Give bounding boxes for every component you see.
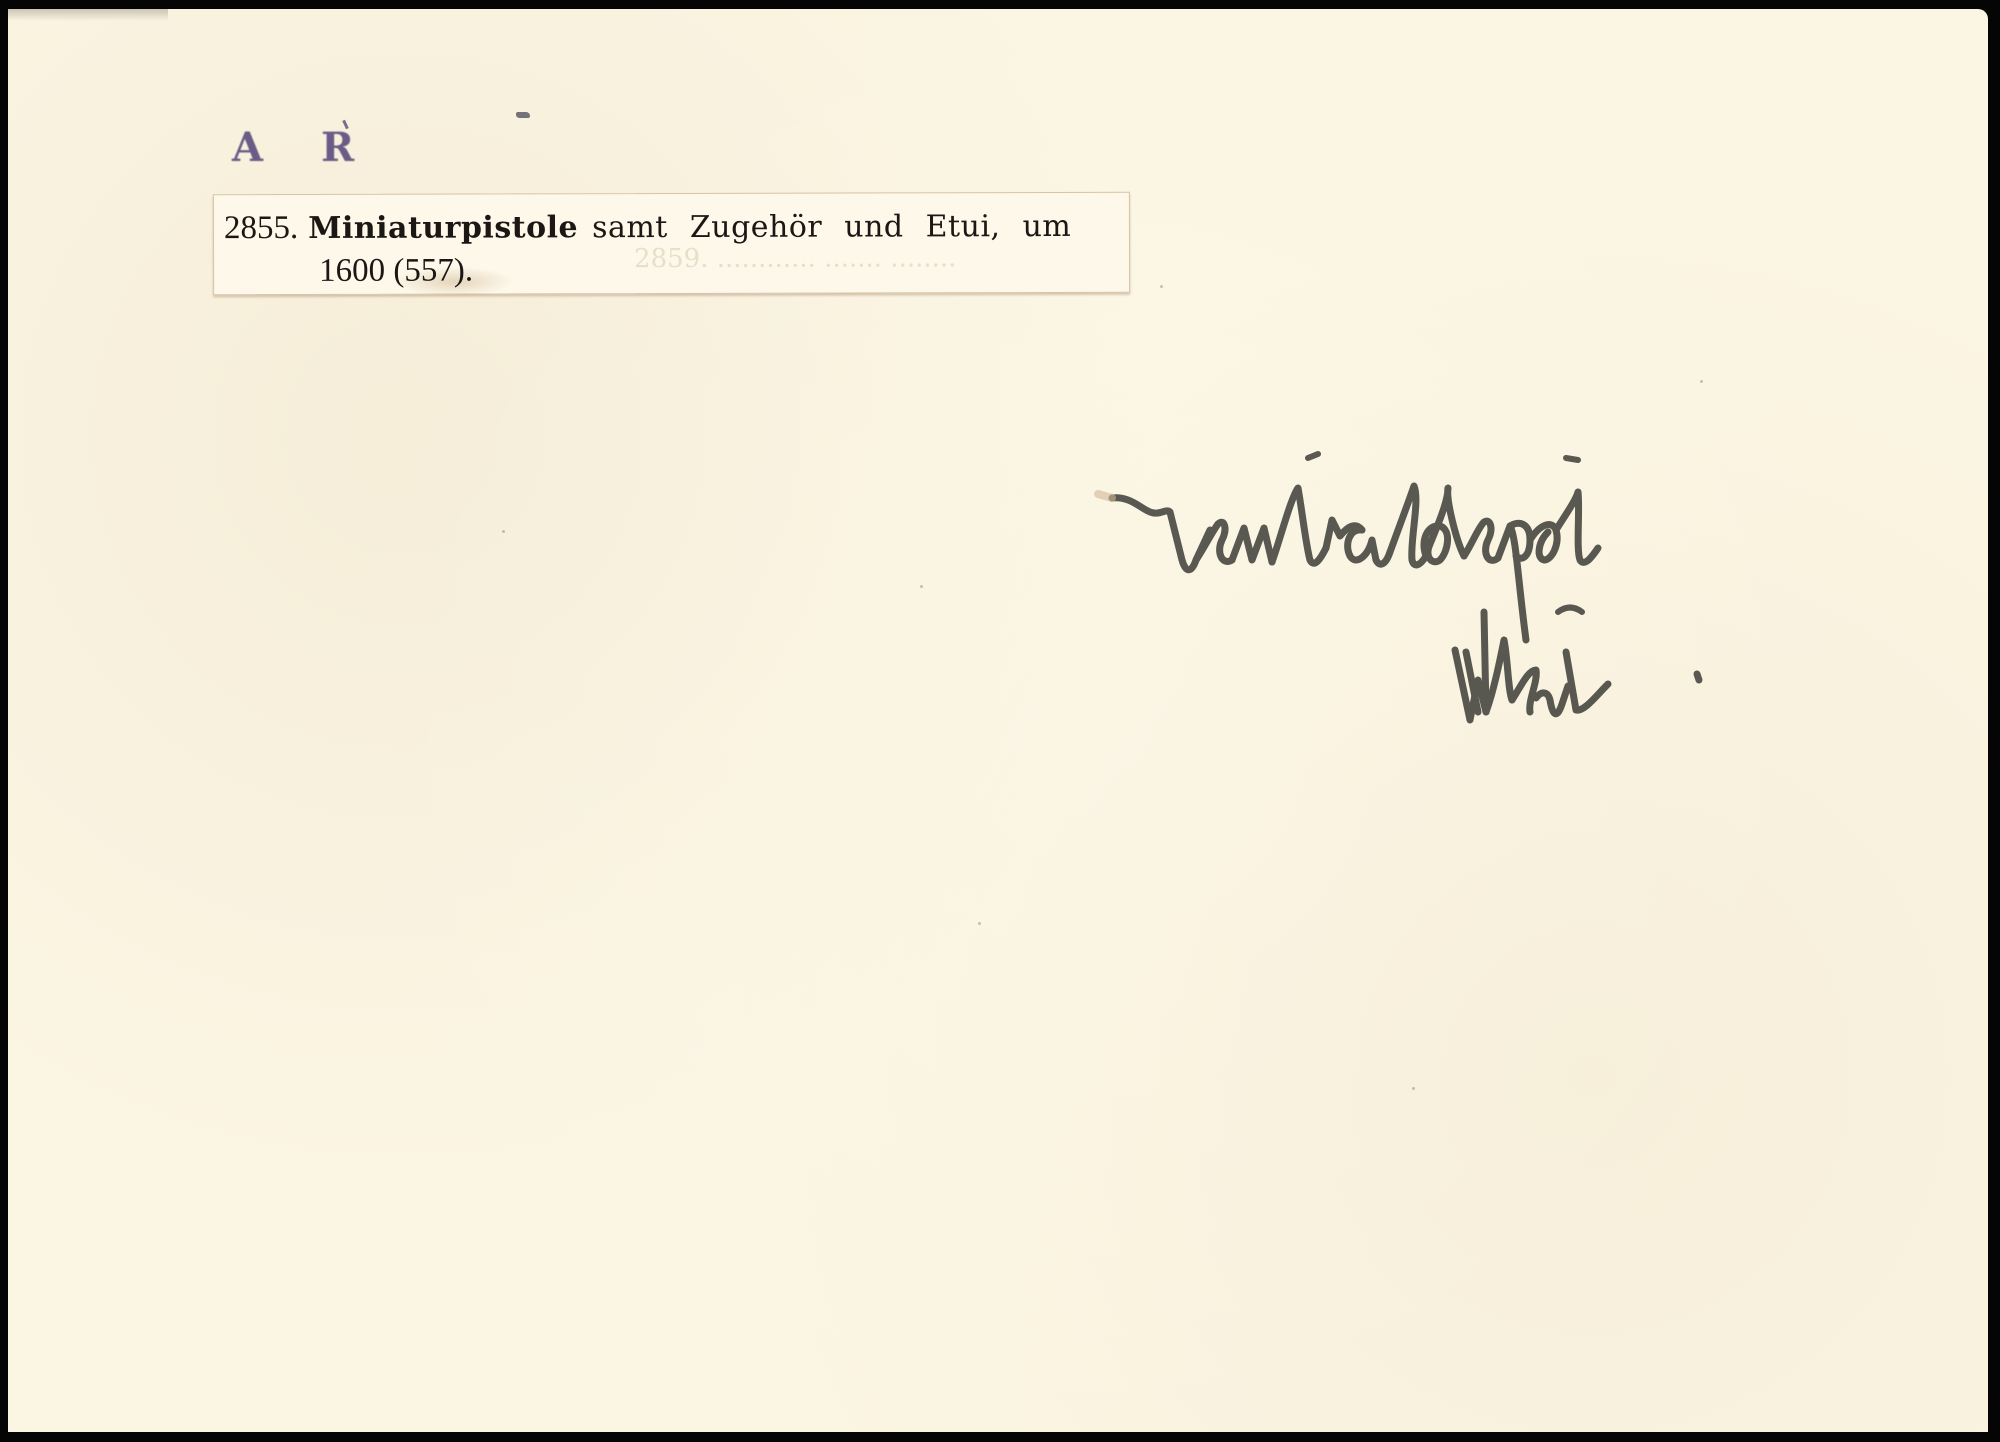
ar-stamp: A R <box>232 124 376 171</box>
bleed-through-text: 2859. ............ ....... ........ <box>634 243 956 274</box>
paper-shadow <box>8 9 168 21</box>
paper-speck <box>920 585 923 588</box>
pasted-catalog-label: 2859. ............ ....... ........ 2855… <box>213 192 1130 295</box>
label-line-1: 2855.Miniaturpistolesamt Zugehör und Etu… <box>224 210 1071 245</box>
label-line-2: 1600 (557). <box>319 255 473 288</box>
paper-speck <box>502 530 505 533</box>
object-title: Miniaturpistole <box>308 210 578 246</box>
object-description: samt Zugehör und Etui, um <box>592 209 1071 245</box>
paper-speck <box>978 922 981 925</box>
scan-frame: A R 2859. ............ ....... ........ … <box>0 0 2000 1442</box>
paper-speck <box>1160 285 1163 288</box>
ink-smudge <box>516 112 530 118</box>
paper-speck <box>1700 380 1703 383</box>
paper-speck <box>1412 1087 1415 1090</box>
lot-number: 2855. <box>224 210 298 246</box>
